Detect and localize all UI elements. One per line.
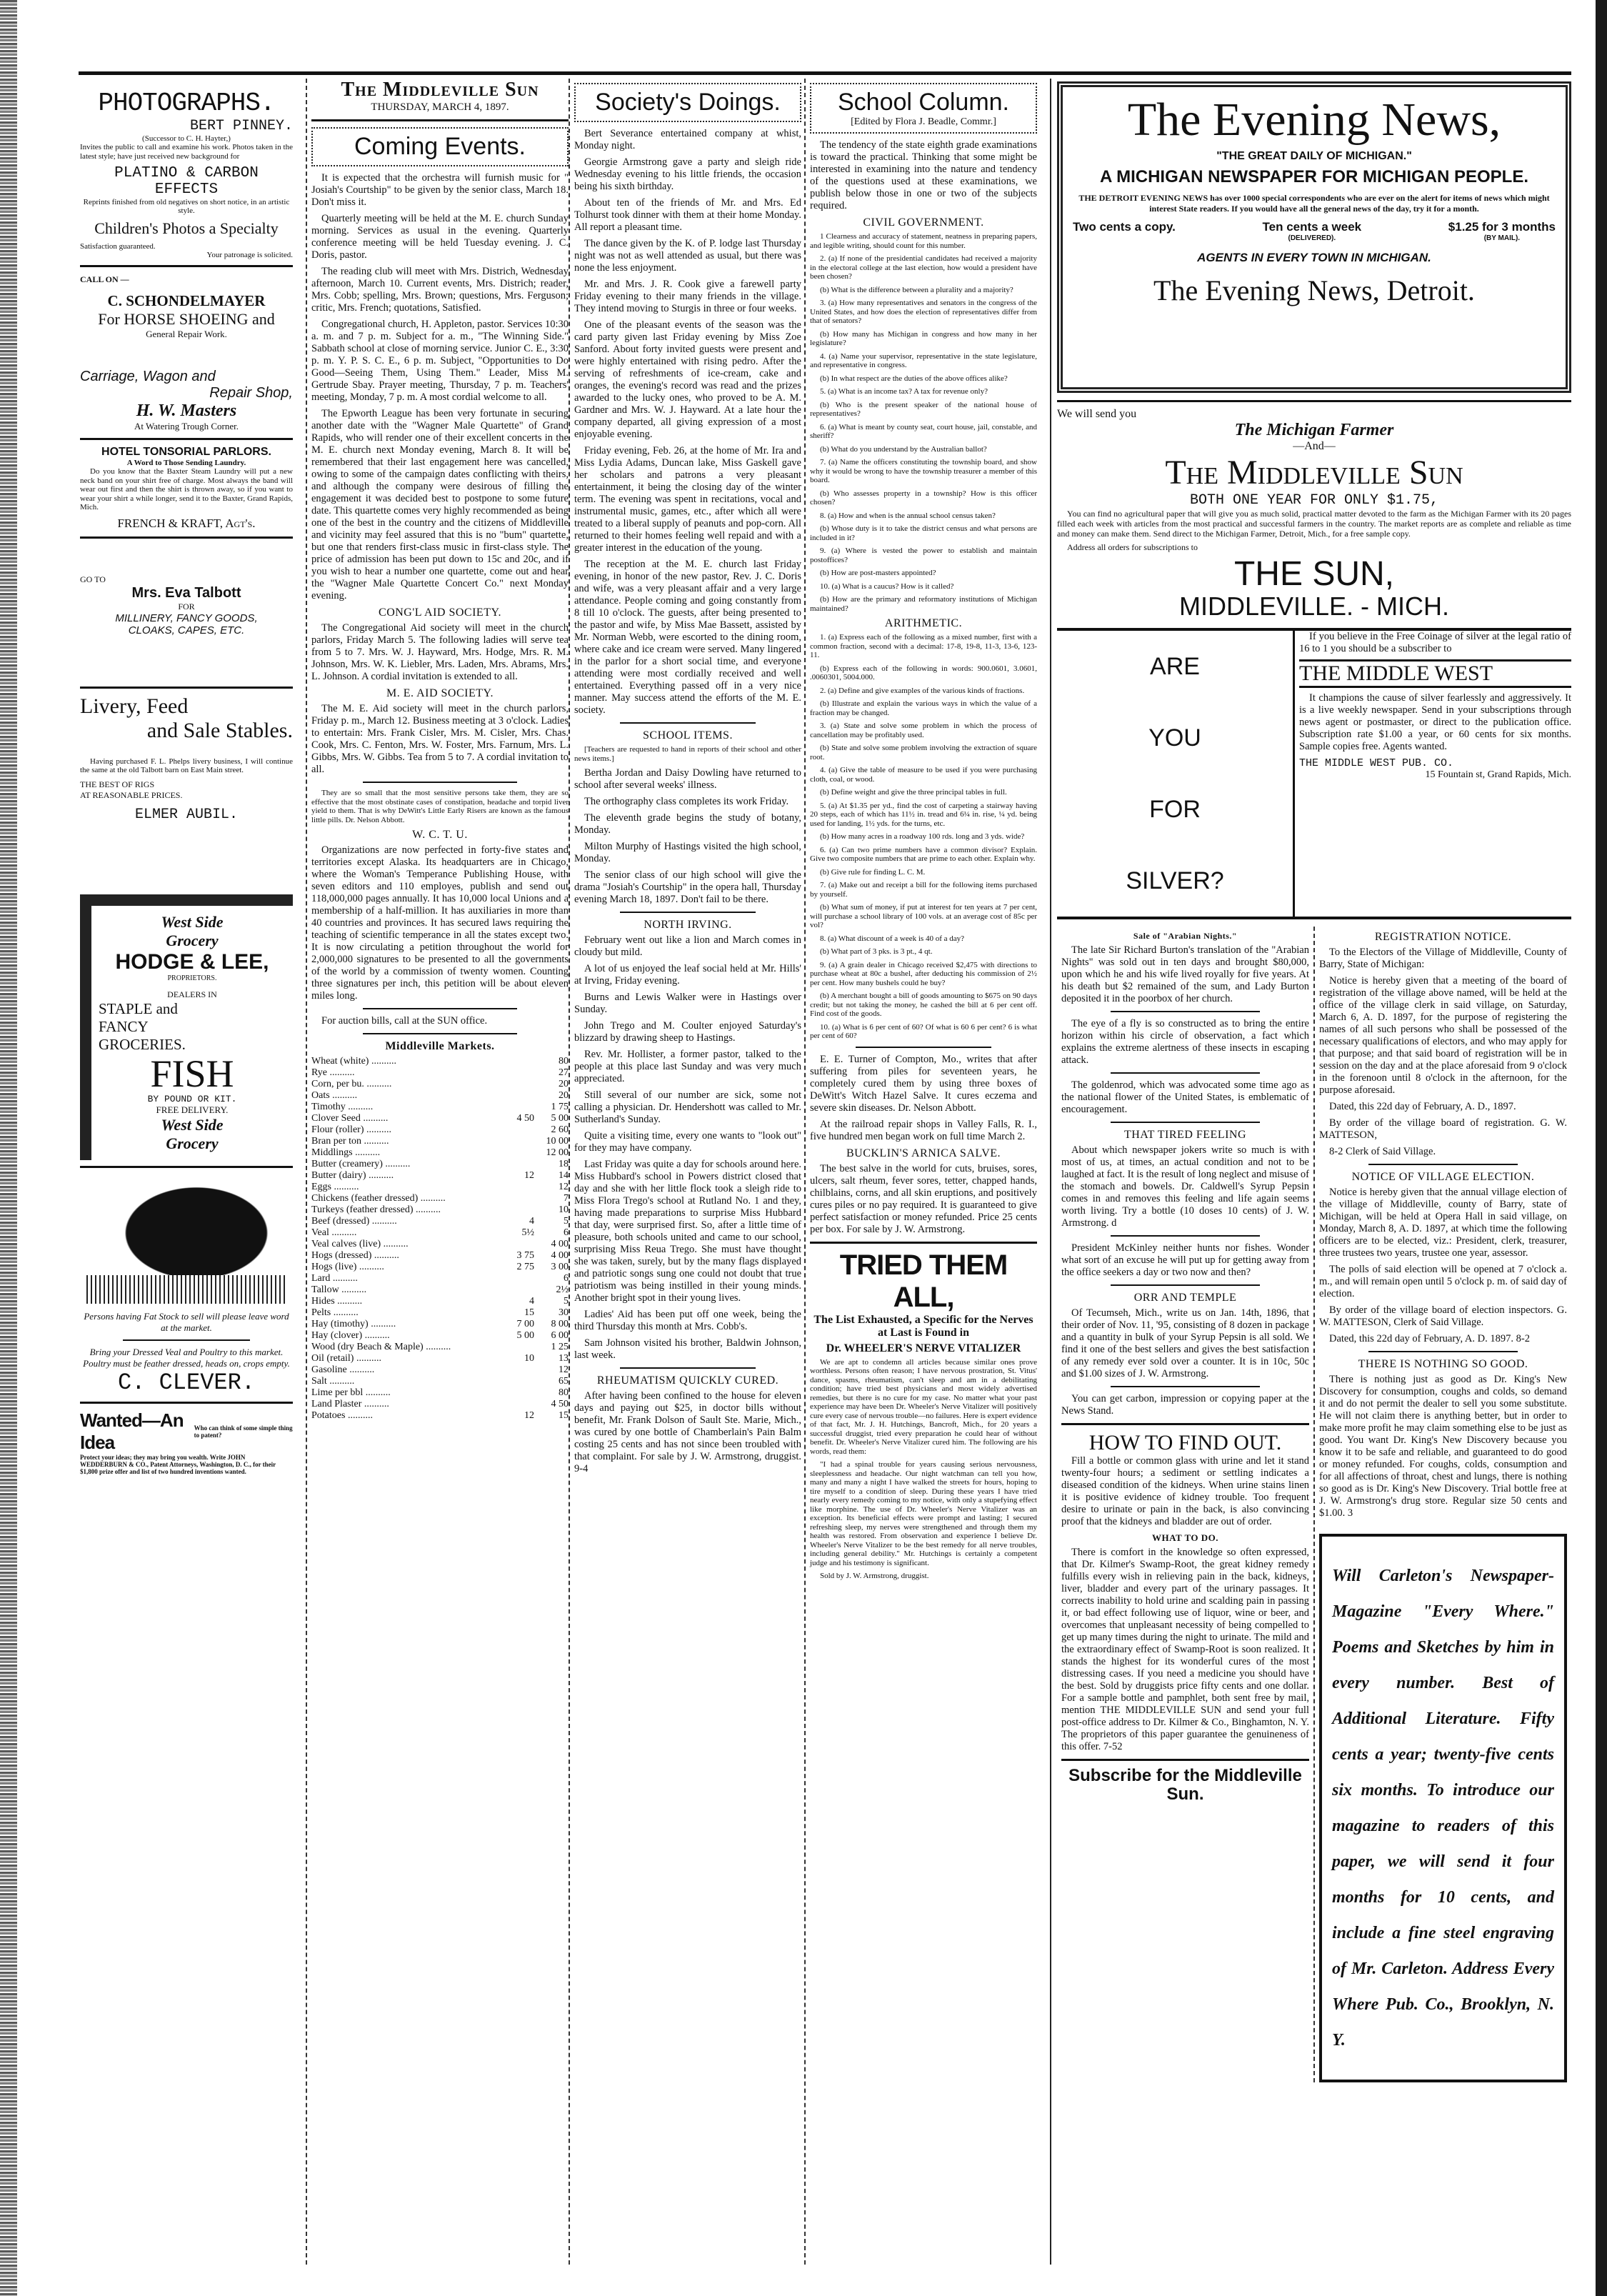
heading-arnica: BUCKLIN'S ARNICA SALVE. [810, 1147, 1037, 1160]
column-school: School Column.[Edited by Flora J. Beadle… [804, 79, 1037, 2265]
heading-me-aid: M. E. AID SOCIETY. [311, 687, 569, 700]
divider [80, 1166, 293, 1168]
ad-wagon-shop: Carriage, Wagon and Repair Shop, H. W. M… [80, 369, 293, 432]
market-row: Butter (creamery) ..........18 [311, 1159, 569, 1170]
top-rule [79, 71, 1571, 75]
divider [80, 536, 293, 539]
paragraph: 3. (a) How many representatives and sena… [810, 299, 1037, 326]
paragraph: (b) What part of 3 pks. is 3 pt., 4 qt. [810, 947, 1037, 957]
paragraph: (b) Who is the present speaker of the na… [810, 401, 1037, 419]
ad-will-carleton: Will Carleton's Newspaper-Magazine "Ever… [1319, 1534, 1567, 2082]
market-row: Beef (dressed) ..........45 [311, 1216, 569, 1227]
ad-livery: Livery, Feed and Sale Stables. Having pu… [80, 694, 293, 823]
paragraph: (b) What sum of money, if put at interes… [810, 903, 1037, 930]
markets-table: Wheat (white) ..........80Rye ..........… [311, 1056, 569, 1422]
market-row: Salt ..........65 [311, 1376, 569, 1387]
paragraph: Quite a visiting time, every one wants t… [574, 1130, 801, 1154]
market-row: Veal ..........5½6 [311, 1227, 569, 1239]
page-scan-edge-right [1596, 0, 1607, 2296]
masthead-title: The Middleville Sun [311, 79, 569, 101]
paragraph: Still several of our number are sick, so… [574, 1089, 801, 1126]
page-scan-edge [0, 0, 17, 2296]
heading-north-irving: NORTH IRVING. [574, 919, 801, 932]
paragraph: (b) Whose duty is it to take the distric… [810, 524, 1037, 542]
heading-markets: Middleville Markets. [311, 1040, 569, 1053]
paragraph: Georgie Armstrong gave a party and sleig… [574, 156, 801, 193]
market-row: Hay (clover) ..........5 006 00 [311, 1330, 569, 1342]
market-row: Wheat (white) ..........80 [311, 1056, 569, 1067]
market-row: Veal calves (live) ..........4 00 [311, 1239, 569, 1250]
paragraph: A lot of us enjoyed the leaf social held… [574, 963, 801, 987]
market-row: Butter (dairy) ..........1214 [311, 1170, 569, 1182]
paragraph: Friday evening, Feb. 26, at the home of … [574, 445, 801, 554]
divider [80, 265, 293, 267]
ad-photographs: PHOTOGRAPHS. BERT PINNEY. (Successor to … [80, 89, 293, 259]
paragraph: 6. (a) What is meant by county seat, cou… [810, 423, 1037, 441]
paragraph: (b) Give rule for finding L. C. M. [810, 868, 1037, 877]
paragraph: (b) Express each of the following in wor… [810, 664, 1037, 682]
ad-west-side-grocery: West Side Grocery HODGE & LEE, PROPRIETO… [80, 894, 293, 1160]
paragraph: 3. (a) State and solve some problem in w… [810, 722, 1037, 739]
paragraph: The eleventh grade begins the study of b… [574, 812, 801, 837]
ad-wanted-idea: Wanted—An Idea Who can think of some sim… [80, 1409, 293, 1475]
market-row: Hogs (live) ..........2 753 00 [311, 1262, 569, 1273]
cow-illustration [86, 1175, 286, 1304]
ad-horseshoeing: CALL ON — C. SCHONDELMAYER For HORSE SHO… [80, 274, 293, 340]
paragraph: (b) In what respect are the duties of th… [810, 374, 1037, 384]
market-row: Oats ..........20 [311, 1090, 569, 1102]
heading-congl-aid: CONG'L AID SOCIETY. [311, 607, 569, 619]
heading-civil-government: CIVIL GOVERNMENT. [810, 216, 1037, 229]
market-row: Turkeys (feather dressed) ..........10 [311, 1204, 569, 1216]
paragraph: One of the pleasant events of the season… [574, 319, 801, 441]
heading-arithmetic: ARITHMETIC. [810, 617, 1037, 630]
paragraph: (b) State and solve some problem involvi… [810, 744, 1037, 762]
section-header-society: Society's Doings. [574, 83, 801, 122]
paragraph: Burns and Lewis Walker were in Hastings … [574, 992, 801, 1016]
paragraph: 4. (a) Give the table of measure to be u… [810, 766, 1037, 784]
paragraph: 9. (a) A grain dealer in Chicago receive… [810, 961, 1037, 988]
paragraph: John Trego and M. Coulter enjoyed Saturd… [574, 1020, 801, 1044]
ad-hotel-tonsorial: HOTEL TONSORIAL PARLORS. A Word to Those… [80, 446, 293, 531]
paragraph: 1. (a) Express each of the following as … [810, 633, 1037, 660]
paragraph: Mr. and Mrs. J. R. Cook give a farewell … [574, 279, 801, 315]
paragraph: 7. (a) Make out and receipt a bill for t… [810, 881, 1037, 899]
paragraph: (b) A merchant bought a bill of goods am… [810, 992, 1037, 1019]
market-row: Timothy ..........1 75 [311, 1102, 569, 1113]
column-ads-right: The Evening News, "THE GREAT DAILY OF MI… [1050, 79, 1571, 2265]
market-row: Clover Seed ..........4 505 00 [311, 1113, 569, 1124]
paragraph: Sam Johnson visited his brother, Baldwin… [574, 1337, 801, 1362]
ad-middle-west: ARE YOU FOR SILVER? If you believe in th… [1057, 628, 1571, 919]
ad-talbott: GO TO Mrs. Eva Talbott FOR MILLINERY, FA… [80, 574, 293, 637]
column-notices-right: REGISTRATION NOTICE. To the Electors of … [1313, 927, 1571, 2082]
column-ads-left: PHOTOGRAPHS. BERT PINNEY. (Successor to … [80, 79, 293, 2265]
paragraph: 10. (a) What is a caucus? How is it call… [810, 582, 1037, 592]
paragraph: About ten of the friends of Mr. and Mrs.… [574, 197, 801, 234]
paragraph: (b) How are the primary and reformatory … [810, 595, 1037, 613]
paragraph: The orthography class completes its work… [574, 796, 801, 808]
paragraph: Last Friday was quite a day for schools … [574, 1159, 801, 1304]
market-row: Potatoes ..........1215 [311, 1410, 569, 1422]
paragraph: Milton Murphy of Hastings visited the hi… [574, 841, 801, 865]
paragraph: 10. (a) What is 6 per cent of 60? Of wha… [810, 1023, 1037, 1041]
market-row: Lard ..........6 [311, 1273, 569, 1284]
paragraph: Ladies' Aid has been put off one week, b… [574, 1309, 801, 1333]
section-header-coming-events: Coming Events. [311, 127, 569, 166]
paragraph: 6. (a) Can two prime numbers have a comm… [810, 846, 1037, 864]
ad-tried-them-all: TRIED THEM ALL, [810, 1249, 1037, 1314]
divider [80, 438, 293, 440]
market-row: Land Plaster ..........4 50 [311, 1399, 569, 1410]
market-row: Hogs (dressed) ..........3 754 00 [311, 1250, 569, 1262]
subscribe-banner: Subscribe for the Middleville Sun. [1061, 1767, 1309, 1804]
paragraph: (b) How many acres in a roadway 100 rds.… [810, 832, 1037, 842]
paragraph: February went out like a lion and March … [574, 934, 801, 959]
paragraph: 8. (a) How and when is the annual school… [810, 511, 1037, 521]
market-row: Lime per bbl ..........80 [311, 1387, 569, 1399]
masthead-date: THURSDAY, MARCH 4, 1897. [311, 101, 569, 114]
paragraph: The reception at the M. E. church last F… [574, 559, 801, 717]
paragraph: 7. (a) Name the officers constituting th… [810, 458, 1037, 485]
market-row: Hides ..........45 [311, 1296, 569, 1307]
paragraph: 5. (a) What is an income tax? A tax for … [810, 387, 1037, 396]
paragraph: (b) How are post-masters appointed? [810, 569, 1037, 578]
paragraph: The senior class of our high school will… [574, 869, 801, 906]
paragraph: Bert Severance entertained company at wh… [574, 128, 801, 152]
paragraph: (b) What do you understand by the Austra… [810, 445, 1037, 454]
market-row: Bran per ton ..........10 00 [311, 1136, 569, 1147]
paragraph: 8. (a) What discount of a week is 40 of … [810, 934, 1037, 944]
paragraph: 2. (a) Define and give examples of the v… [810, 687, 1037, 696]
heading-wctu: W. C. T. U. [311, 829, 569, 842]
ad-evening-news: The Evening News, "THE GREAT DAILY OF MI… [1057, 81, 1571, 393]
section-header-school-column: School Column.[Edited by Flora J. Beadle… [810, 83, 1037, 134]
divider [80, 1402, 293, 1404]
market-row: Flour (roller) ..........2 60 [311, 1124, 569, 1136]
market-row: Middlings ..........12 00 [311, 1147, 569, 1159]
paragraph: (b) Illustrate and explain the various w… [810, 699, 1037, 717]
column-society: Society's Doings. Bert Severance enterta… [569, 79, 801, 2265]
paragraph: Bertha Jordan and Daisy Dowling have ret… [574, 767, 801, 792]
paragraph: 1 Clearness and accuracy of statement, n… [810, 232, 1037, 250]
market-row: Tallow ..........2½ [311, 1284, 569, 1296]
paragraph: 9. (a) Where is vested the power to esta… [810, 546, 1037, 564]
paragraph: 5. (a) At $1.35 per yd., find the cost o… [810, 802, 1037, 829]
market-row: Hay (timothy) ..........7 008 00 [311, 1319, 569, 1330]
heading-school-items: SCHOOL ITEMS. [574, 729, 801, 742]
paragraph: (b) What is the difference between a plu… [810, 286, 1037, 295]
paragraph: 4. (a) Name your supervisor, representat… [810, 352, 1037, 370]
market-row: Chickens (feather dressed) ..........7 [311, 1193, 569, 1204]
paragraph: 2. (a) If none of the presidential candi… [810, 254, 1037, 281]
column-local-news: The Middleville Sun THURSDAY, MARCH 4, 1… [306, 79, 569, 2265]
paragraph: (b) Define weight and give the three pri… [810, 788, 1037, 797]
market-row: Rye ..........27 [311, 1067, 569, 1079]
paragraph: Rev. Mr. Hollister, a former pastor, tal… [574, 1049, 801, 1085]
market-row: Eggs ..........12 [311, 1182, 569, 1193]
heading-rheumatism: RHEUMATISM QUICKLY CURED. [574, 1374, 801, 1387]
column-misc-left: Sale of "Arabian Nights." The late Sir R… [1057, 927, 1313, 2082]
paragraph: The dance given by the K. of P. lodge la… [574, 238, 801, 274]
market-row: Corn, per bu. ..........20 [311, 1079, 569, 1090]
market-row: Wood (dry Beach & Maple) ..........1 25 [311, 1342, 569, 1353]
market-row: Pelts ..........1530 [311, 1307, 569, 1319]
divider [80, 687, 293, 689]
market-row: Gasoline ..........12 [311, 1364, 569, 1376]
paragraph: (b) Who assesses property in a township?… [810, 489, 1037, 507]
ad-meat-market: Persons having Fat Stock to sell will pl… [80, 1311, 293, 1396]
market-row: Oil (retail) ..........1013 [311, 1353, 569, 1364]
ad-michigan-farmer: We will send you The Michigan Farmer —An… [1057, 408, 1571, 621]
paragraph: (b) How many has Michigan in congress an… [810, 330, 1037, 348]
